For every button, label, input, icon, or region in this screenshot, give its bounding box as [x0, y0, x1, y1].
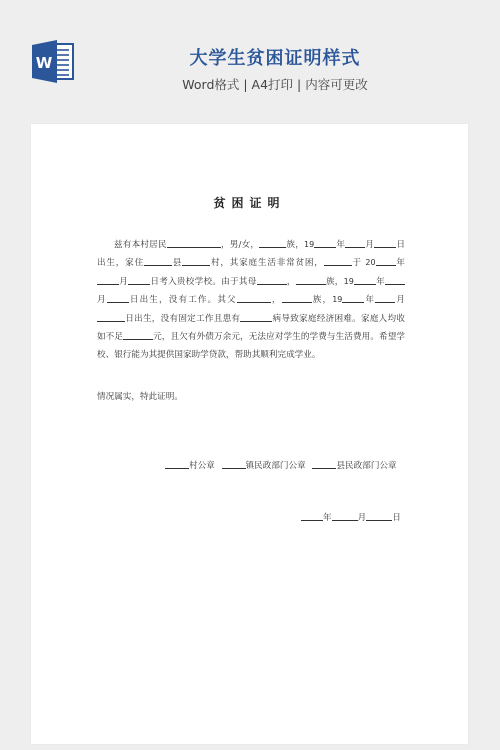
document-body: 兹有本村居民，男/女，族，19年月日出生，家住县村，其家庭生活非常贫困，于 20… — [97, 236, 405, 365]
blank-mother-ethnicity[interactable] — [296, 276, 326, 285]
seal-line: 村公章 镇民政部门公章 县民政部门公章 — [165, 459, 397, 471]
blank-sign-month[interactable] — [332, 512, 358, 521]
text: 兹有本村居民 — [114, 240, 167, 250]
document-title: 贫困证明 — [31, 194, 468, 211]
text: 族， — [326, 277, 344, 287]
year-label: 年 — [323, 513, 332, 523]
text: ， — [271, 295, 282, 305]
blank-village[interactable] — [182, 257, 210, 266]
blank-county-seal[interactable] — [312, 460, 336, 469]
blank-student-name[interactable] — [324, 257, 352, 266]
blank-name[interactable] — [167, 239, 221, 248]
text: 月 — [365, 240, 374, 250]
blank-enroll-day[interactable] — [128, 276, 150, 285]
text: 年 — [376, 277, 385, 287]
blank-sign-day[interactable] — [366, 512, 392, 521]
text: 19 — [304, 240, 314, 249]
text: 年 — [364, 295, 375, 305]
text: 村，其家庭生活非常贫困， — [210, 258, 324, 268]
text: 月 — [119, 277, 128, 287]
blank-mother-birth-day[interactable] — [107, 294, 129, 303]
blank-mother-birth-year[interactable] — [354, 276, 376, 285]
blank-income[interactable] — [123, 331, 153, 340]
blank-county[interactable] — [144, 257, 172, 266]
blank-illness[interactable] — [240, 313, 272, 322]
blank-town-seal[interactable] — [222, 460, 246, 469]
page-title: 大学生贫困证明样式 — [175, 44, 375, 70]
confirmation-text: 情况属实，特此证明。 — [97, 390, 183, 402]
county-seal-label: 县民政部门公章 — [336, 461, 396, 471]
text: ，男/女， — [221, 240, 259, 250]
blank-ethnicity[interactable] — [259, 239, 286, 248]
blank-mother-birth-month[interactable] — [385, 276, 405, 285]
month-label: 月 — [358, 513, 367, 523]
blank-father-name[interactable] — [237, 294, 271, 303]
signature-date: 年月日 — [301, 511, 401, 523]
text: 19 — [332, 295, 342, 304]
text: 日考入贵校学校。由于其母 — [150, 277, 256, 287]
blank-birth-month[interactable] — [345, 239, 365, 248]
text: 月 — [395, 295, 405, 305]
text: 年 — [396, 258, 405, 268]
village-seal-label: 村公章 — [189, 461, 215, 471]
page-subtitle: Word格式 | A4打印 | 内容可更改 — [170, 75, 380, 93]
text: 族， — [286, 240, 304, 250]
text: 于 — [352, 258, 362, 268]
blank-enroll-year[interactable] — [376, 257, 396, 266]
blank-father-birth-day[interactable] — [97, 313, 125, 322]
blank-father-birth-month[interactable] — [375, 294, 395, 303]
blank-birth-day[interactable] — [374, 239, 396, 248]
town-seal-label: 镇民政部门公章 — [246, 461, 306, 471]
text: 年 — [336, 240, 345, 250]
blank-father-ethnicity[interactable] — [282, 294, 312, 303]
blank-birth-year[interactable] — [314, 239, 336, 248]
text: 日出生，没有固定工作且患有 — [125, 314, 240, 324]
blank-village-seal[interactable] — [165, 460, 189, 469]
blank-mother-name[interactable] — [257, 276, 287, 285]
svg-text:W: W — [36, 54, 53, 72]
page-header: W 大学生贫困证明样式 Word格式 | A4打印 | 内容可更改 — [0, 0, 500, 124]
text: ， — [287, 277, 296, 287]
blank-sign-year[interactable] — [301, 512, 323, 521]
text: 20 — [365, 258, 375, 267]
text: 县 — [172, 258, 182, 268]
text: 日出生，没有工作。其父 — [129, 295, 237, 305]
day-label: 日 — [392, 513, 401, 523]
blank-enroll-month[interactable] — [97, 276, 119, 285]
blank-father-birth-year[interactable] — [342, 294, 364, 303]
document-page: 贫困证明 兹有本村居民，男/女，族，19年月日出生，家住县村，其家庭生活非常贫困… — [31, 124, 468, 744]
text: 月 — [97, 295, 107, 305]
text: 19 — [344, 277, 354, 286]
text: 族， — [312, 295, 333, 305]
word-icon: W — [31, 40, 77, 83]
